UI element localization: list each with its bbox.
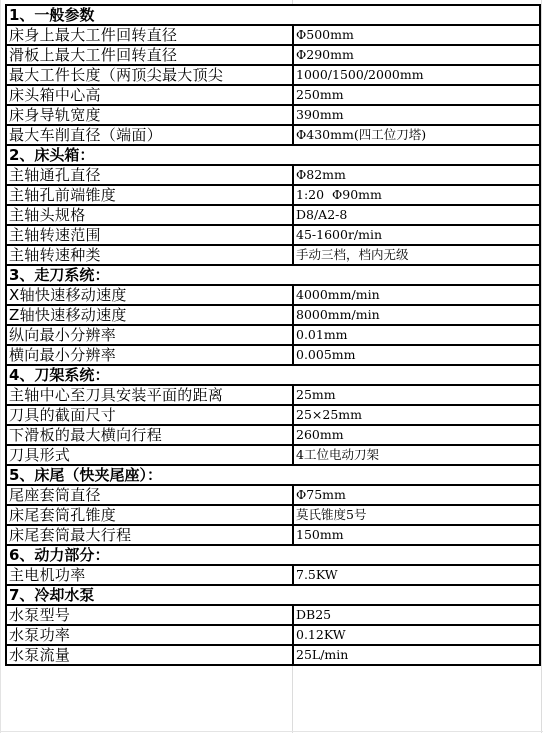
- section-header-row: 2、床头箱：: [6, 145, 540, 165]
- param-label[interactable]: 纵向最小分辨率: [6, 325, 293, 345]
- table-row: Z轴快速移动速度 8000mm/min: [6, 305, 540, 325]
- param-label[interactable]: 床尾套筒最大行程: [6, 525, 293, 545]
- section-title[interactable]: 7、冷却水泵: [6, 585, 540, 605]
- section-title[interactable]: 1、一般参数: [6, 5, 540, 25]
- param-label[interactable]: 水泵功率: [6, 625, 293, 645]
- param-label[interactable]: 主轴通孔直径: [6, 165, 293, 185]
- table-row: 主电机功率 7.5KW: [6, 565, 540, 585]
- param-label[interactable]: 床身上最大工件回转直径: [6, 25, 293, 45]
- param-value[interactable]: 25×25mm: [293, 405, 540, 425]
- param-value[interactable]: 1:20 Φ90mm: [293, 185, 540, 205]
- section-header-row: 5、床尾（快夹尾座）：: [6, 465, 540, 485]
- table-row: 主轴通孔直径 Φ82mm: [6, 165, 540, 185]
- param-label[interactable]: 刀具的截面尺寸: [6, 405, 293, 425]
- param-value[interactable]: 1000/1500/2000mm: [293, 65, 540, 85]
- param-label[interactable]: 刀具形式: [6, 445, 293, 465]
- param-label[interactable]: Z轴快速移动速度: [6, 305, 293, 325]
- param-value[interactable]: 7.5KW: [293, 565, 540, 585]
- param-label[interactable]: 水泵型号: [6, 605, 293, 625]
- table-row: 水泵流量 25L/min: [6, 645, 540, 665]
- param-label[interactable]: 下滑板的最大横向行程: [6, 425, 293, 445]
- param-value[interactable]: 25L/min: [293, 645, 540, 665]
- param-value[interactable]: 390mm: [293, 105, 540, 125]
- section-title[interactable]: 5、床尾（快夹尾座）：: [6, 465, 540, 485]
- section-header-row: 3、走刀系统：: [6, 265, 540, 285]
- param-label[interactable]: 主轴头规格: [6, 205, 293, 225]
- param-label[interactable]: 主轴转速种类: [6, 245, 293, 265]
- param-value[interactable]: 莫氏锥度5号: [293, 505, 540, 525]
- param-value[interactable]: 150mm: [293, 525, 540, 545]
- table-row: 横向最小分辨率 0.005mm: [6, 345, 540, 365]
- param-value[interactable]: D8/A2-8: [293, 205, 540, 225]
- param-label[interactable]: 主轴转速范围: [6, 225, 293, 245]
- param-value[interactable]: Φ500mm: [293, 25, 540, 45]
- table-row: 主轴孔前端锥度 1:20 Φ90mm: [6, 185, 540, 205]
- param-value[interactable]: Φ430mm(四工位刀塔): [293, 125, 540, 145]
- param-label[interactable]: 滑板上最大工件回转直径: [6, 45, 293, 65]
- table-row: X轴快速移动速度 4000mm/min: [6, 285, 540, 305]
- section-header-row: 4、刀架系统：: [6, 365, 540, 385]
- table-row: 纵向最小分辨率 0.01mm: [6, 325, 540, 345]
- param-label[interactable]: 主电机功率: [6, 565, 293, 585]
- param-value[interactable]: Φ290mm: [293, 45, 540, 65]
- table-row: 最大车削直径（端面） Φ430mm(四工位刀塔): [6, 125, 540, 145]
- param-value[interactable]: 手动三档，档内无级: [293, 245, 540, 265]
- section-title[interactable]: 2、床头箱：: [6, 145, 540, 165]
- param-value[interactable]: 0.005mm: [293, 345, 540, 365]
- param-label[interactable]: 主轴孔前端锥度: [6, 185, 293, 205]
- section-title[interactable]: 4、刀架系统：: [6, 365, 540, 385]
- table-row: 水泵型号 DB25: [6, 605, 540, 625]
- param-value[interactable]: 8000mm/min: [293, 305, 540, 325]
- table-row: 水泵功率 0.12KW: [6, 625, 540, 645]
- table-row: 床头箱中心高 250mm: [6, 85, 540, 105]
- param-label[interactable]: 水泵流量: [6, 645, 293, 665]
- section-header-row: 7、冷却水泵: [6, 585, 540, 605]
- param-value[interactable]: 250mm: [293, 85, 540, 105]
- param-value[interactable]: 4000mm/min: [293, 285, 540, 305]
- param-label[interactable]: 床头箱中心高: [6, 85, 293, 105]
- param-value[interactable]: Φ75mm: [293, 485, 540, 505]
- param-value[interactable]: 260mm: [293, 425, 540, 445]
- param-label[interactable]: 尾座套筒直径: [6, 485, 293, 505]
- table-row: 床身上最大工件回转直径 Φ500mm: [6, 25, 540, 45]
- section-title[interactable]: 3、走刀系统：: [6, 265, 540, 285]
- table-row: 主轴转速种类 手动三档，档内无级: [6, 245, 540, 265]
- param-label[interactable]: X轴快速移动速度: [6, 285, 293, 305]
- section-header-row: 1、一般参数: [6, 5, 540, 25]
- param-label[interactable]: 横向最小分辨率: [6, 345, 293, 365]
- table-row: 床尾套筒最大行程 150mm: [6, 525, 540, 545]
- param-value[interactable]: 45-1600r/min: [293, 225, 540, 245]
- param-value[interactable]: Φ82mm: [293, 165, 540, 185]
- section-header-row: 6、动力部分：: [6, 545, 540, 565]
- param-value[interactable]: 4工位电动刀架: [293, 445, 540, 465]
- param-label[interactable]: 床尾套筒孔锥度: [6, 505, 293, 525]
- param-value[interactable]: DB25: [293, 605, 540, 625]
- sheet-gridline: [0, 731, 543, 732]
- table-row: 滑板上最大工件回转直径 Φ290mm: [6, 45, 540, 65]
- param-value[interactable]: 0.12KW: [293, 625, 540, 645]
- param-value[interactable]: 25mm: [293, 385, 540, 405]
- table-row: 下滑板的最大横向行程 260mm: [6, 425, 540, 445]
- table-row: 刀具的截面尺寸 25×25mm: [6, 405, 540, 425]
- section-title[interactable]: 6、动力部分：: [6, 545, 540, 565]
- table-row: 最大工件长度（两顶尖最大顶尖 1000/1500/2000mm: [6, 65, 540, 85]
- sheet-gridline: [541, 0, 542, 733]
- table-row: 床身导轨宽度 390mm: [6, 105, 540, 125]
- table-row: 主轴头规格 D8/A2-8: [6, 205, 540, 225]
- table-row: 刀具形式 4工位电动刀架: [6, 445, 540, 465]
- table-row: 主轴转速范围 45-1600r/min: [6, 225, 540, 245]
- table-row: 主轴中心至刀具安装平面的距离 25mm: [6, 385, 540, 405]
- spec-table: 1、一般参数 床身上最大工件回转直径 Φ500mm 滑板上最大工件回转直径 Φ2…: [5, 4, 541, 666]
- param-label[interactable]: 主轴中心至刀具安装平面的距离: [6, 385, 293, 405]
- param-value[interactable]: 0.01mm: [293, 325, 540, 345]
- table-row: 尾座套筒直径 Φ75mm: [6, 485, 540, 505]
- param-label[interactable]: 床身导轨宽度: [6, 105, 293, 125]
- param-label[interactable]: 最大车削直径（端面）: [6, 125, 293, 145]
- table-row: 床尾套筒孔锥度 莫氏锥度5号: [6, 505, 540, 525]
- param-label[interactable]: 最大工件长度（两顶尖最大顶尖: [6, 65, 293, 85]
